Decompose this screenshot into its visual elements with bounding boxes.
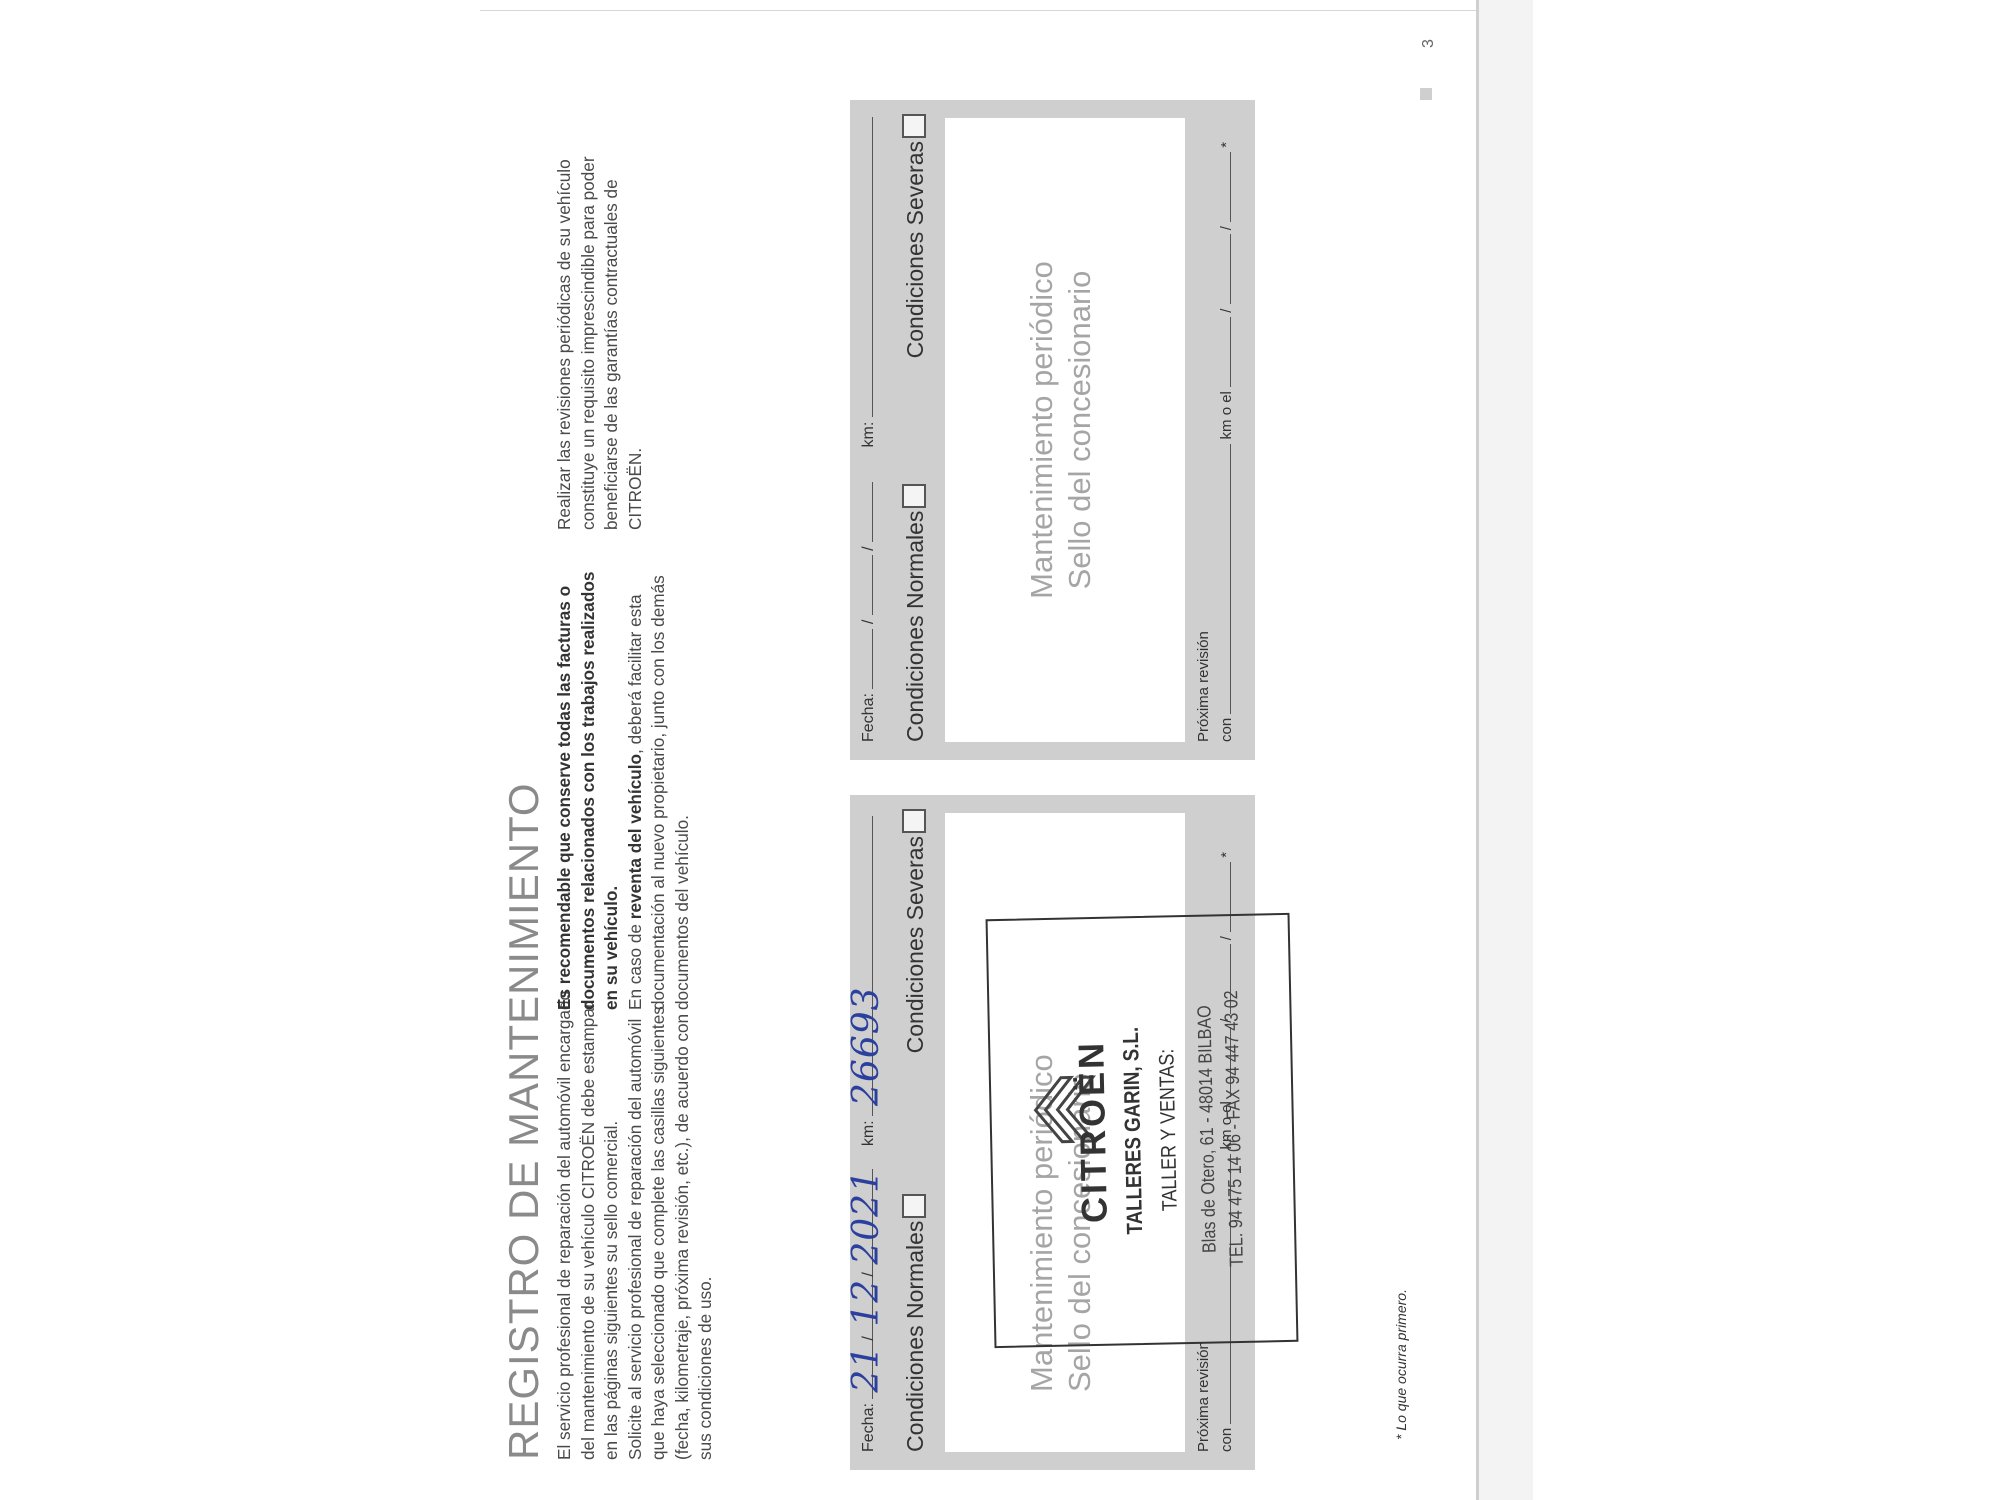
date-month-field[interactable] <box>860 555 873 615</box>
page-title: REGISTRO DE MANTENIMIENTO <box>500 782 548 1460</box>
conditions-row: Condiciones Normales Condiciones Severas <box>902 809 929 1452</box>
document-page: REGISTRO DE MANTENIMIENTO El servicio pr… <box>0 0 1476 1500</box>
km-label: km: <box>860 422 877 448</box>
intro-paragraph: Solicite al servicio profesional de repa… <box>624 990 718 1460</box>
dealer-stamp: CITROËN TALLERES GARIN, S.L. TALLER Y VE… <box>986 913 1299 1348</box>
intro-paragraph: El servicio profesional de reparación de… <box>553 990 624 1460</box>
conditions-row: Condiciones Normales Condiciones Severas <box>902 114 929 742</box>
maintenance-form-1: Fecha: 21 / 12 / 2021 km: 26693 Condicio… <box>850 795 1255 1470</box>
date-year-handwritten: 2021 <box>846 1169 887 1265</box>
next-revision-day-field[interactable] <box>1218 317 1231 387</box>
next-revision-year-field[interactable] <box>1218 152 1231 222</box>
next-revision-row: con km o el / / * <box>1218 114 1235 742</box>
intro-column-3: Realizar las revisiones periódicas de su… <box>553 110 647 530</box>
stamp-company: TALLERES GARIN, S.L. <box>1116 950 1150 1312</box>
intro-column-1: El servicio profesional de reparación de… <box>553 990 718 1460</box>
warranty-paragraph: Realizar las revisiones periódicas de su… <box>553 110 647 530</box>
resale-text-bold: reventa del vehículo <box>625 754 645 919</box>
page-marker-square <box>1420 88 1432 100</box>
km-label: km: <box>860 1120 877 1146</box>
date-km-row: Fecha: 21 / 12 / 2021 km: 26693 <box>860 816 878 1452</box>
stamp-department: TALLER Y VENTAS: <box>1153 949 1185 1311</box>
stamp-placeholder-text: Mantenimiento periódico Sello del conces… <box>1023 118 1099 742</box>
footnote: * Lo que ocurra primero. <box>1393 1289 1409 1440</box>
stamp-brand: CITROËN <box>1068 919 1119 1345</box>
maintenance-form-2: Fecha: / / km: Condiciones Normales Cond… <box>850 100 1255 760</box>
invoice-advice-text: Es recomendable que conserve todas las f… <box>554 572 621 1010</box>
severe-conditions-option[interactable]: Condiciones Severas <box>902 809 929 1053</box>
severe-conditions-checkbox[interactable] <box>902 114 926 138</box>
next-revision-km-field[interactable] <box>1218 444 1231 714</box>
date-km-row: Fecha: / / km: <box>860 117 878 742</box>
km-field[interactable]: 26693 <box>860 816 878 1116</box>
stamp-area: Mantenimiento periódico Sello del conces… <box>945 118 1185 742</box>
stamp-phones: TEL. 94 475 14 06 - FAX 94 447 43 02 <box>1220 948 1250 1310</box>
date-month-handwritten: 12 <box>846 1279 887 1327</box>
date-day-handwritten: 21 <box>846 1345 887 1393</box>
date-day-field[interactable] <box>860 629 873 689</box>
km-field[interactable] <box>860 117 873 417</box>
normal-conditions-option[interactable]: Condiciones Normales <box>902 484 929 742</box>
date-label: Fecha: <box>860 693 877 742</box>
normal-conditions-checkbox[interactable] <box>902 1194 926 1218</box>
next-revision-month-field[interactable] <box>1218 234 1231 304</box>
km-handwritten: 26693 <box>846 986 887 1106</box>
date-field[interactable]: 21 / 12 / 2021 <box>860 1169 878 1399</box>
normal-conditions-checkbox[interactable] <box>902 484 926 508</box>
severe-conditions-option[interactable]: Condiciones Severas <box>902 114 929 358</box>
intro-column-2: Es recomendable que conserve todas las f… <box>553 570 694 1010</box>
date-year-field[interactable] <box>860 482 873 542</box>
severe-conditions-checkbox[interactable] <box>902 809 926 833</box>
page-edge-strip <box>1476 0 1533 1500</box>
stamp-address: Blas de Otero, 61 - 48014 BILBAO <box>1193 948 1223 1310</box>
normal-conditions-option[interactable]: Condiciones Normales <box>902 1194 929 1452</box>
date-label: Fecha: <box>860 1403 877 1452</box>
resale-text-prefix: En caso de <box>625 919 645 1010</box>
page-number: 3 <box>1420 39 1438 48</box>
next-revision-label: Próxima revisión <box>1195 631 1212 742</box>
next-revision-label: Próxima revisión <box>1195 1341 1212 1452</box>
